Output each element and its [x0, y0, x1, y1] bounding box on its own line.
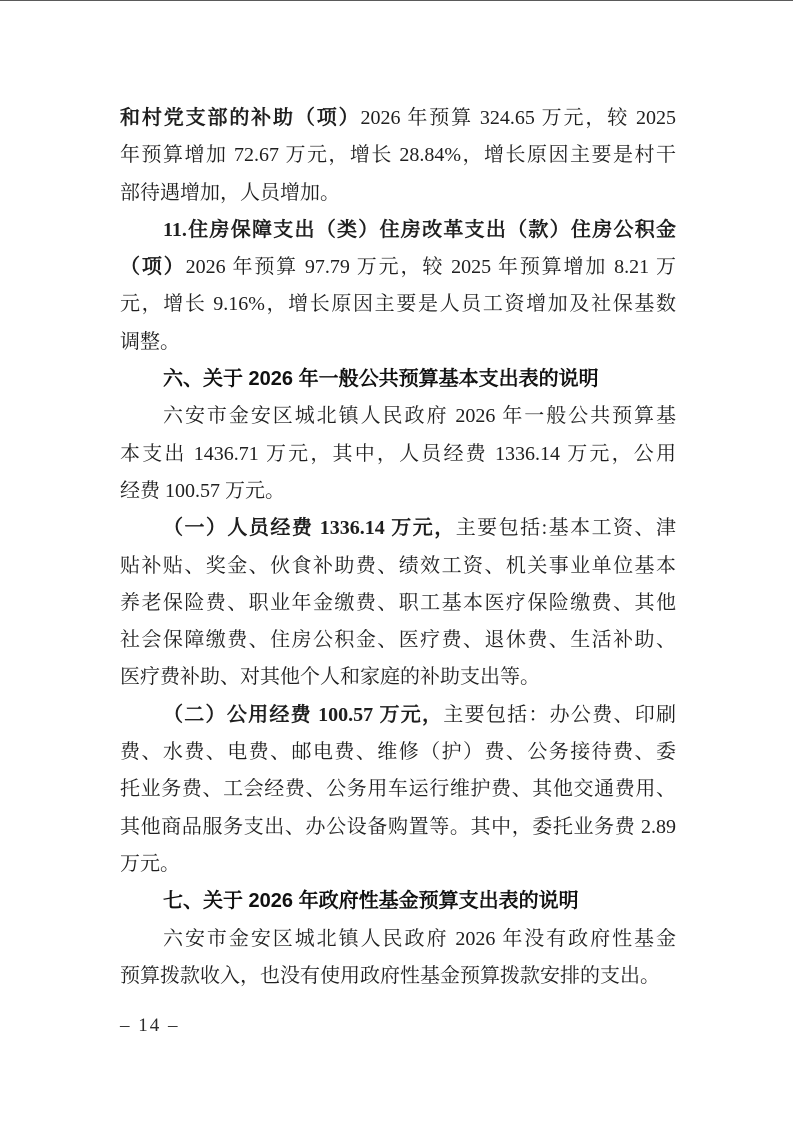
text-run: 部待遇增加，人员增加。: [120, 182, 340, 204]
text-run: （二）公用经费 100.57 万元，: [163, 704, 443, 726]
text-run: （项）: [120, 256, 186, 278]
document-page: 和村党支部的补助（项）2026 年预算 324.65 万元，较 2025年预算增…: [0, 0, 793, 1122]
text-run: 养老保险费、职业年金缴费、职工基本医疗保险缴费、其他: [120, 592, 676, 614]
text-line: 经费 100.57 万元。: [120, 473, 676, 510]
page-top-edge-line: [0, 0, 793, 1]
budget-text-block: 和村党支部的补助（项）2026 年预算 324.65 万元，较 2025年预算增…: [120, 100, 676, 995]
text-line: 部待遇增加，人员增加。: [120, 175, 676, 212]
text-line: （一）人员经费 1336.14 万元，主要包括:基本工资、津: [120, 510, 676, 547]
text-line: 万元。: [120, 846, 676, 883]
text-run: 医疗费补助、对其他个人和家庭的补助支出等。: [120, 666, 540, 688]
text-run: 本支出 1436.71 万元，其中，人员经费 1336.14 万元，公用: [120, 443, 676, 465]
text-line: 托业务费、工会经费、公务用车运行维护费、其他交通费用、: [120, 771, 676, 808]
text-run: 费、水费、电费、邮电费、维修（护）费、公务接待费、委: [120, 741, 676, 763]
section-heading: 六、关于 2026 年一般公共预算基本支出表的说明: [120, 361, 676, 398]
text-line: 费、水费、电费、邮电费、维修（护）费、公务接待费、委: [120, 734, 676, 771]
text-run: 万元。: [120, 853, 180, 875]
text-run: 元，增长 9.16%，增长原因主要是人员工资增加及社保基数: [120, 293, 676, 315]
text-run: 社会保障缴费、住房公积金、医疗费、退休费、生活补助、: [120, 629, 676, 651]
text-run: 主要包括：办公费、印刷: [443, 704, 676, 726]
text-run: 2026 年预算 97.79 万元，较 2025 年预算增加 8.21 万: [186, 256, 676, 278]
text-line: 养老保险费、职业年金缴费、职工基本医疗保险缴费、其他: [120, 585, 676, 622]
text-line: 医疗费补助、对其他个人和家庭的补助支出等。: [120, 659, 676, 696]
text-line: 11.住房保障支出（类）住房改革支出（款）住房公积金: [120, 212, 676, 249]
text-run: 六安市金安区城北镇人民政府 2026 年没有政府性基金: [163, 928, 676, 950]
text-line: 六安市金安区城北镇人民政府 2026 年一般公共预算基: [120, 398, 676, 435]
text-run: 托业务费、工会经费、公务用车运行维护费、其他交通费用、: [120, 778, 676, 800]
text-line: （二）公用经费 100.57 万元，主要包括：办公费、印刷: [120, 697, 676, 734]
text-line: （项）2026 年预算 97.79 万元，较 2025 年预算增加 8.21 万: [120, 249, 676, 286]
text-run: 其他商品服务支出、办公设备购置等。其中，委托业务费 2.89: [120, 816, 676, 838]
text-line: 调整。: [120, 324, 676, 361]
text-line: 贴补贴、奖金、伙食补助费、绩效工资、机关事业单位基本: [120, 548, 676, 585]
text-line: 元，增长 9.16%，增长原因主要是人员工资增加及社保基数: [120, 286, 676, 323]
text-run: 经费 100.57 万元。: [120, 480, 285, 502]
section-heading: 七、关于 2026 年政府性基金预算支出表的说明: [120, 883, 676, 920]
page-number: – 14 –: [120, 1013, 180, 1039]
text-run: 七、关于 2026 年政府性基金预算支出表的说明: [163, 890, 579, 912]
text-line: 六安市金安区城北镇人民政府 2026 年没有政府性基金: [120, 921, 676, 958]
text-run: 贴补贴、奖金、伙食补助费、绩效工资、机关事业单位基本: [120, 555, 676, 577]
text-run: 年预算增加 72.67 万元，增长 28.84%，增长原因主要是村干: [120, 144, 676, 166]
text-line: 本支出 1436.71 万元，其中，人员经费 1336.14 万元，公用: [120, 436, 676, 473]
text-run: 和村党支部的补助（项）: [120, 107, 361, 129]
text-line: 社会保障缴费、住房公积金、医疗费、退休费、生活补助、: [120, 622, 676, 659]
text-run: （一）人员经费 1336.14 万元，: [163, 517, 456, 539]
text-line: 年预算增加 72.67 万元，增长 28.84%，增长原因主要是村干: [120, 137, 676, 174]
text-run: 六、关于 2026 年一般公共预算基本支出表的说明: [163, 368, 599, 390]
text-line: 其他商品服务支出、办公设备购置等。其中，委托业务费 2.89: [120, 809, 676, 846]
text-run: 六安市金安区城北镇人民政府 2026 年一般公共预算基: [163, 405, 676, 427]
text-run: 2026 年预算 324.65 万元，较 2025: [361, 107, 677, 129]
text-line: 预算拨款收入，也没有使用政府性基金预算拨款安排的支出。: [120, 958, 676, 995]
text-run: 调整。: [120, 331, 180, 353]
text-run: 11.住房保障支出（类）住房改革支出（款）住房公积金: [163, 219, 676, 241]
text-line: 和村党支部的补助（项）2026 年预算 324.65 万元，较 2025: [120, 100, 676, 137]
text-run: 主要包括:基本工资、津: [456, 517, 676, 539]
text-run: 预算拨款收入，也没有使用政府性基金预算拨款安排的支出。: [120, 965, 660, 987]
